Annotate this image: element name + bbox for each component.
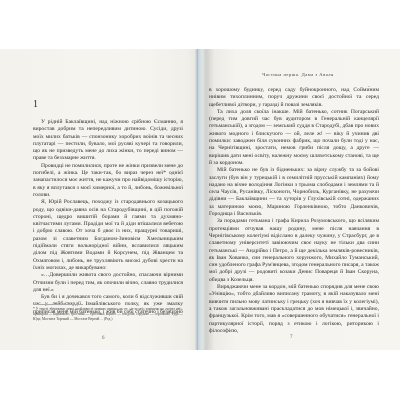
- right-page-body: в хорошому будинку, серед саду буйнокрон…: [209, 87, 379, 335]
- left-page-body: У рідній Баклаївщині, над ніжною срібною…: [33, 119, 183, 316]
- paragraph: У рідній Баклаївщині, над ніжною срібною…: [33, 119, 183, 163]
- paragraph: Провидці не помилилися, проте не жінки п…: [33, 163, 183, 199]
- paragraph: Мій батенько не був із бідненьких: за ві…: [209, 167, 379, 218]
- footnote-divider: [33, 304, 83, 305]
- book-gutter: [195, 49, 198, 350]
- paragraph: За порадами гетьмана і графа Кирила Розу…: [209, 218, 379, 284]
- page-number-right: 7: [290, 335, 293, 340]
- left-page: 1 У рідній Баклаївщині, над ніжною срібн…: [0, 49, 196, 350]
- paragraph: Виряджаючи мене за кордон, мій батенько …: [209, 284, 379, 335]
- footnote: * У тексті збережено деякі особливості м…: [33, 307, 183, 322]
- right-page: Частина перша. Дама з Аваля в хорошому б…: [196, 49, 400, 350]
- open-book-spread: 1 У рідній Баклаївщині, над ніжною срібн…: [0, 49, 400, 350]
- paragraph: Та лиха доля скоїла інакше. Мій батенько…: [209, 109, 379, 167]
- paragraph: Я, Юрій Рославець, походжу із стародавнь…: [33, 199, 183, 272]
- quote-paragraph: «…Доверши́ли живота свого достойно, спас…: [33, 272, 183, 294]
- page-number-left: 6: [102, 336, 105, 341]
- paragraph: в хорошому будинку, серед саду буйнокрон…: [209, 87, 379, 109]
- chapter-number: 1: [33, 99, 38, 110]
- running-head: Частина перша. Дама з Аваля: [196, 72, 400, 77]
